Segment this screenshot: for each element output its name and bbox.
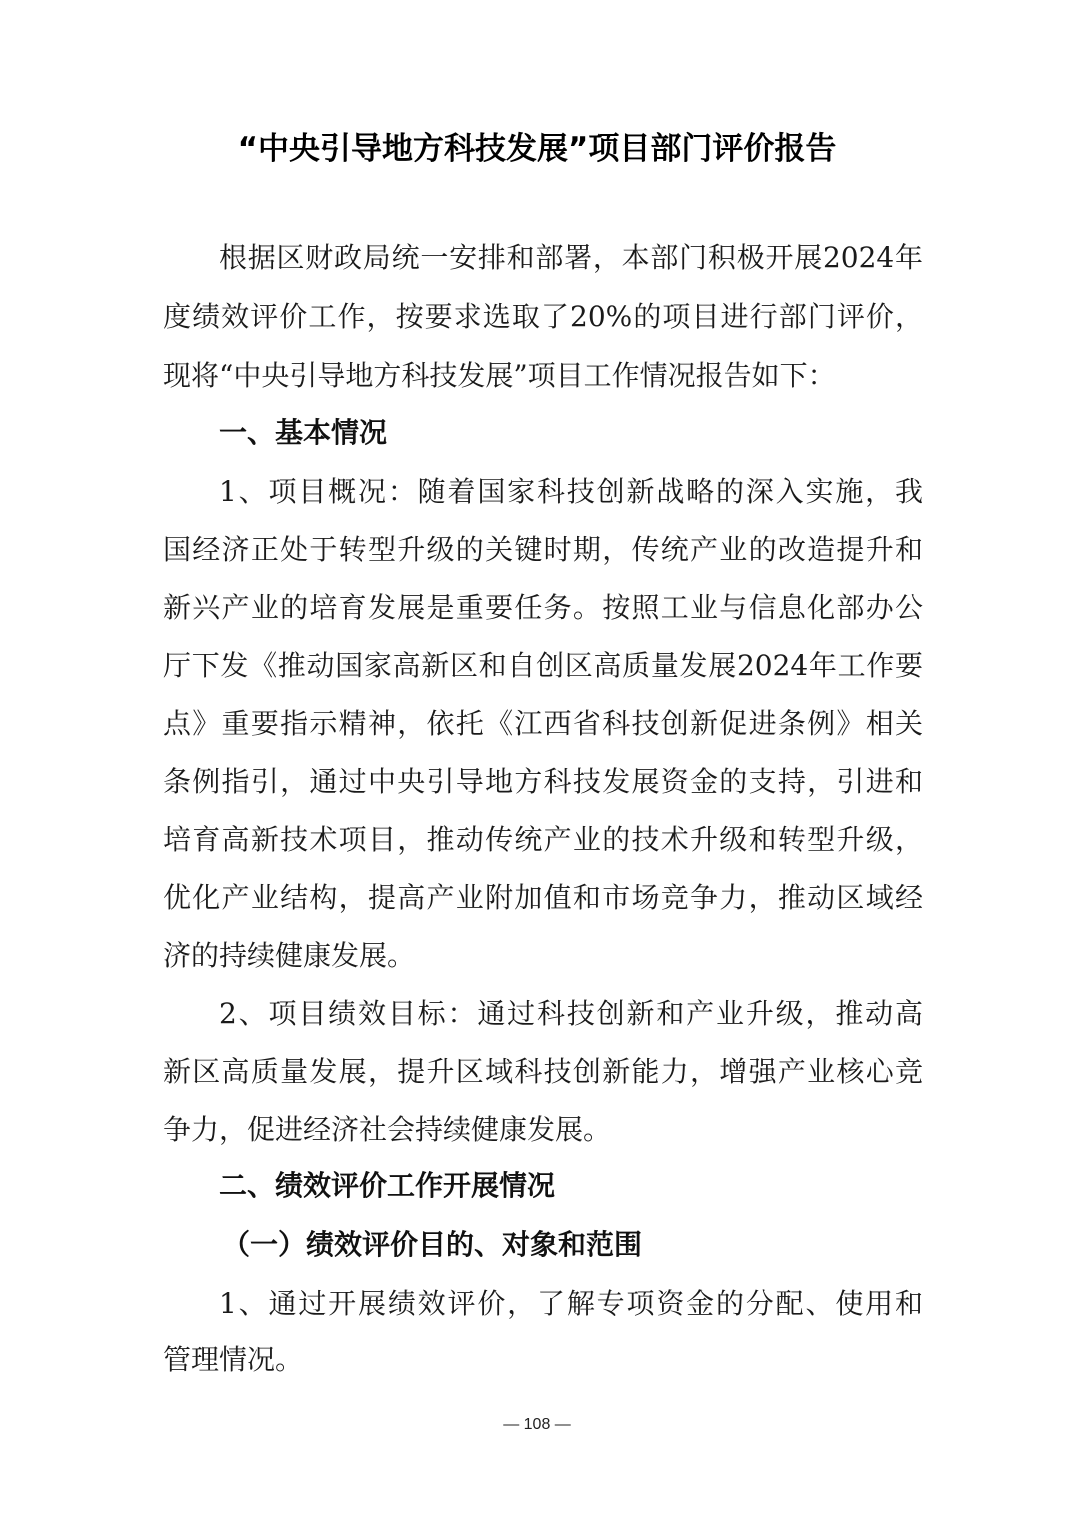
page-number: — 108 — xyxy=(0,1413,1074,1437)
intro-line-3: 现将“中央引导地方科技发展”项目工作情况报告如下： xyxy=(163,356,923,396)
evaluation-purpose-line-1: 1、通过开展绩效评价，了解专项资金的分配、使用和 xyxy=(219,1284,923,1324)
project-overview-line-8: 优化产业结构，提高产业附加值和市场竞争力，推动区域经 xyxy=(163,878,923,918)
project-overview-line-7: 培育高新技术项目，推动传统产业的技术升级和转型升级， xyxy=(163,820,923,860)
performance-goal-line-3: 争力，促进经济社会持续健康发展。 xyxy=(163,1110,923,1150)
project-overview-line-5: 点》重要指示精神，依托《江西省科技创新促进条例》相关 xyxy=(163,704,923,744)
performance-goal-line-2: 新区高质量发展，提升区域科技创新能力，增强产业核心竞 xyxy=(163,1052,923,1092)
intro-line-2: 度绩效评价工作，按要求选取了20%的项目进行部门评价， xyxy=(163,297,923,337)
section-2-heading: 二、绩效评价工作开展情况 xyxy=(219,1166,555,1206)
project-overview-line-3: 新兴产业的培育发展是重要任务。按照工业与信息化部办公 xyxy=(163,588,923,628)
document-title: “中央引导地方科技发展”项目部门评价报告 xyxy=(0,124,1074,174)
section-1-heading: 一、基本情况 xyxy=(219,413,387,453)
section-2-subheading: （一）绩效评价目的、对象和范围 xyxy=(222,1225,642,1265)
project-overview-line-2: 国经济正处于转型升级的关键时期，传统产业的改造提升和 xyxy=(163,530,923,570)
evaluation-purpose-line-2: 管理情况。 xyxy=(163,1340,923,1380)
project-overview-line-1: 1、项目概况：随着国家科技创新战略的深入实施，我 xyxy=(219,472,923,512)
project-overview-line-4: 厅下发《推动国家高新区和自创区高质量发展2024年工作要 xyxy=(163,646,923,686)
document-page: “中央引导地方科技发展”项目部门评价报告 根据区财政局统一安排和部署，本部门积极… xyxy=(0,0,1074,1520)
project-overview-line-9: 济的持续健康发展。 xyxy=(163,936,923,976)
performance-goal-line-1: 2、项目绩效目标：通过科技创新和产业升级，推动高 xyxy=(219,994,923,1034)
project-overview-line-6: 条例指引，通过中央引导地方科技发展资金的支持，引进和 xyxy=(163,762,923,802)
intro-line-1: 根据区财政局统一安排和部署，本部门积极开展2024年 xyxy=(219,238,923,278)
